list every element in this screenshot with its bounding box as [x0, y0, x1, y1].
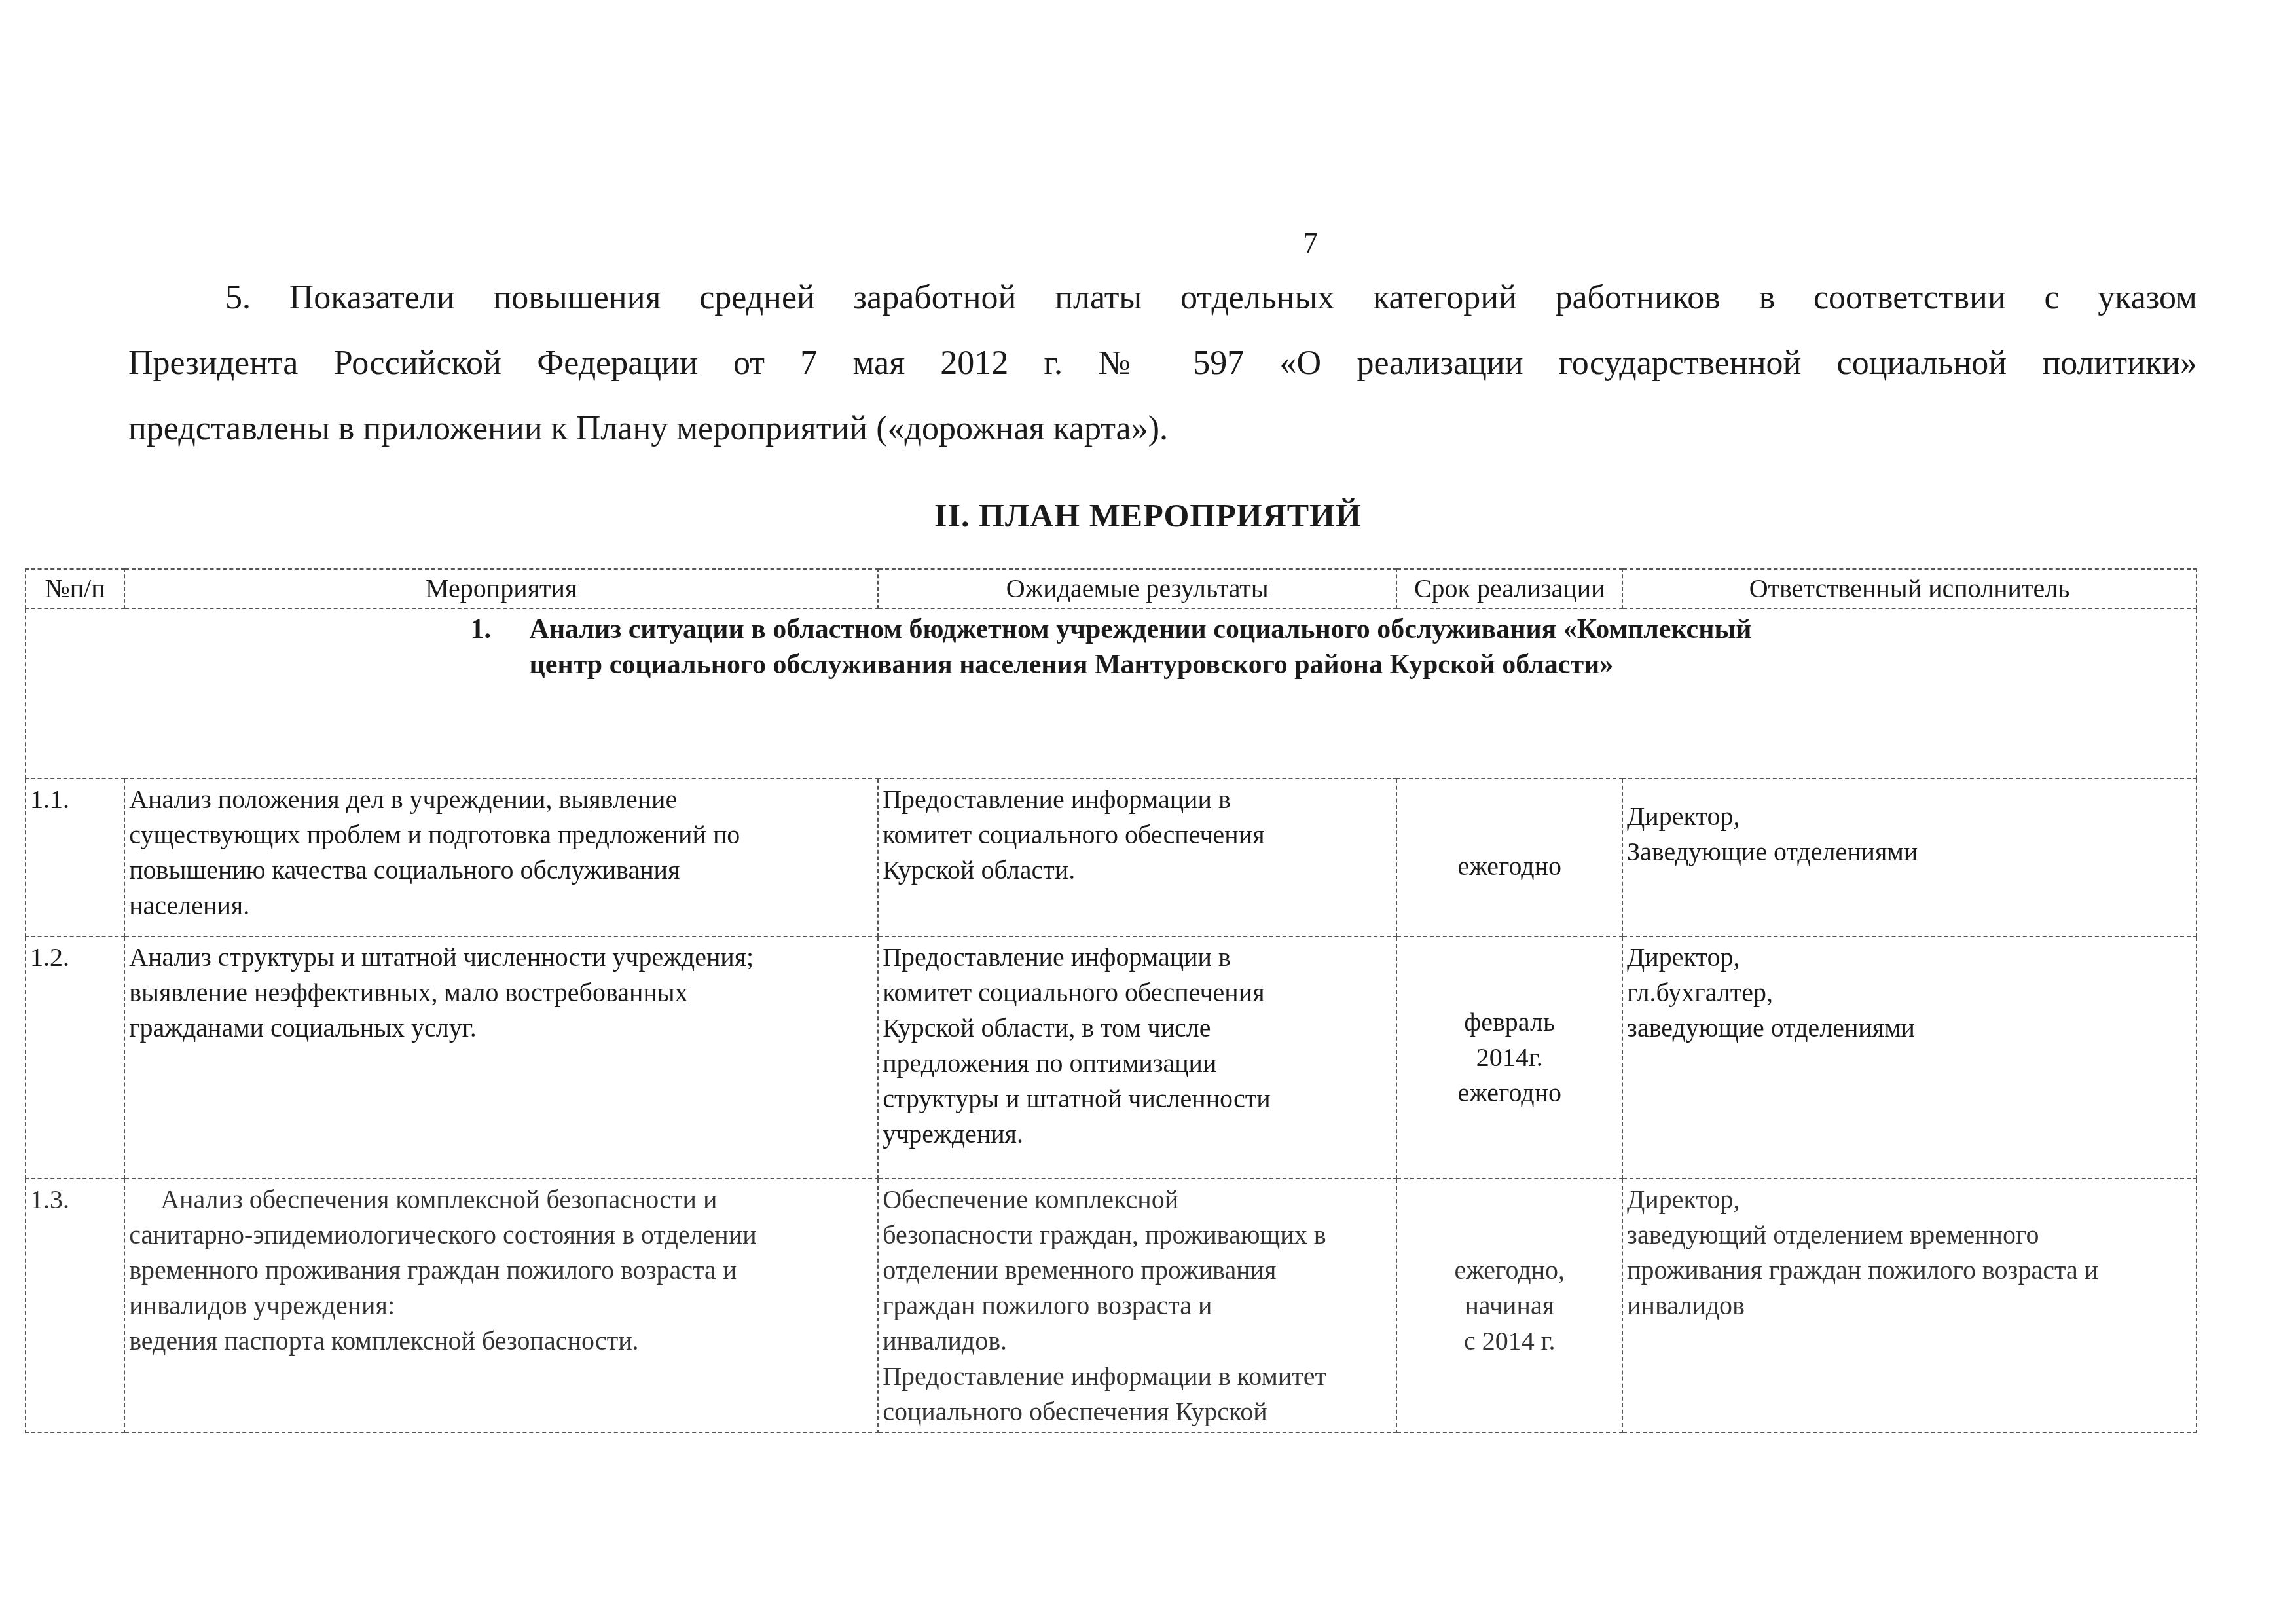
- result-cell: Предоставление информации вкомитет социа…: [878, 779, 1396, 936]
- result-cell-line: Курской области, в том числе: [883, 1010, 1392, 1046]
- responsible-cell-line: заведующие отделениями: [1627, 1010, 2192, 1046]
- term-cell: февраль2014г.ежегодно: [1396, 936, 1622, 1179]
- term-cell-line: ежегодно: [1401, 1075, 1618, 1111]
- activity-cell-line: Анализ положения дел в учреждении, выявл…: [129, 782, 873, 817]
- responsible-cell-line: заведующий отделением временного: [1627, 1217, 2192, 1253]
- intro-line-2: Президента Российской Федерации от 7 мая…: [128, 331, 2197, 396]
- activity-cell-line: повышению качества социального обслужива…: [129, 853, 873, 888]
- activity-cell: Анализ структуры и штатной численности у…: [124, 936, 878, 1179]
- result-cell-line: инвалидов.: [883, 1323, 1392, 1359]
- header-responsible: Ответственный исполнитель: [1622, 569, 2196, 608]
- result-cell-line: отделении временного проживания: [883, 1253, 1392, 1288]
- intro-paragraph: 5. Показатели повышения средней заработн…: [128, 265, 2197, 462]
- term-cell: ежегодно: [1396, 779, 1622, 936]
- activity-cell-line: гражданами социальных услуг.: [129, 1010, 873, 1046]
- intro-line-1: 5. Показатели повышения средней заработн…: [128, 265, 2197, 331]
- activity-cell-line: Анализ обеспечения комплексной безопасно…: [129, 1182, 873, 1217]
- section-number: 1.: [471, 612, 530, 647]
- result-cell-line: безопасности граждан, проживающих в: [883, 1217, 1392, 1253]
- responsible-cell-line: гл.бухгалтер,: [1627, 975, 2192, 1010]
- responsible-cell-line: Директор,: [1627, 1182, 2192, 1217]
- result-cell: Обеспечение комплекснойбезопасности граж…: [878, 1179, 1396, 1433]
- result-cell-line: структуры и штатной численности: [883, 1081, 1392, 1116]
- section-title-line-2: центр социального обслуживания населения…: [471, 647, 1752, 682]
- activity-cell-line: выявление неэффективных, мало востребова…: [129, 975, 873, 1010]
- responsible-cell: Директор,гл.бухгалтер,заведующие отделен…: [1622, 936, 2196, 1179]
- result-cell-line: Курской области.: [883, 853, 1392, 888]
- activity-cell-line: ведения паспорта комплексной безопасност…: [129, 1323, 873, 1359]
- responsible-cell: Директор,Заведующие отделениями: [1622, 779, 2196, 936]
- result-cell-line: комитет социального обеспечения: [883, 817, 1392, 853]
- row-number: 1.2.: [26, 936, 124, 1179]
- header-term: Срок реализации: [1396, 569, 1622, 608]
- term-cell-line: 2014г.: [1401, 1040, 1618, 1075]
- activity-cell-line: временного проживания граждан пожилого в…: [129, 1253, 873, 1288]
- header-activity: Мероприятия: [124, 569, 878, 608]
- table-row: 1.2.Анализ структуры и штатной численнос…: [26, 936, 2196, 1179]
- result-cell-line: Предоставление информации в: [883, 940, 1392, 975]
- responsible-cell: Директор,заведующий отделением временног…: [1622, 1179, 2196, 1433]
- result-cell-line: Предоставление информации в: [883, 782, 1392, 817]
- row-number: 1.1.: [26, 779, 124, 936]
- result-cell-line: социального обеспечения Курской: [883, 1394, 1392, 1430]
- page-number: 7: [1303, 226, 1318, 261]
- activity-cell-line: населения.: [129, 888, 873, 923]
- table-header-row: №п/п Мероприятия Ожидаемые результаты Ср…: [26, 569, 2196, 608]
- result-cell-line: комитет социального обеспечения: [883, 975, 1392, 1010]
- section-heading-cell: 1.Анализ ситуации в областном бюджетном …: [26, 608, 2196, 779]
- header-result: Ожидаемые результаты: [878, 569, 1396, 608]
- responsible-cell-line: Директор,: [1627, 799, 2192, 834]
- term-cell-line: февраль: [1401, 1005, 1618, 1040]
- term-cell-line: начиная: [1401, 1288, 1618, 1323]
- table-row: 1.1.Анализ положения дел в учреждении, в…: [26, 779, 2196, 936]
- section-row: 1.Анализ ситуации в областном бюджетном …: [26, 608, 2196, 779]
- responsible-cell-line: проживания граждан пожилого возраста и: [1627, 1253, 2192, 1288]
- activity-cell: Анализ положения дел в учреждении, выявл…: [124, 779, 878, 936]
- plan-table: №п/п Мероприятия Ожидаемые результаты Ср…: [25, 568, 2197, 1433]
- activity-cell-line: Анализ структуры и штатной численности у…: [129, 940, 873, 975]
- intro-line-3: представлены в приложении к Плану меропр…: [128, 396, 2197, 462]
- row-number: 1.3.: [26, 1179, 124, 1433]
- activity-cell: Анализ обеспечения комплексной безопасно…: [124, 1179, 878, 1433]
- result-cell-line: учреждения.: [883, 1116, 1392, 1152]
- term-cell-line: с 2014 г.: [1401, 1323, 1618, 1359]
- section-title-line-1: Анализ ситуации в областном бюджетном уч…: [530, 614, 1752, 644]
- term-cell-line: ежегодно,: [1401, 1253, 1618, 1288]
- activity-cell-line: инвалидов учреждения:: [129, 1288, 873, 1323]
- term-cell: ежегодно,начинаяс 2014 г.: [1396, 1179, 1622, 1433]
- result-cell-line: предложения по оптимизации: [883, 1046, 1392, 1081]
- table-row: 1.3.Анализ обеспечения комплексной безоп…: [26, 1179, 2196, 1433]
- responsible-cell-line: Заведующие отделениями: [1627, 834, 2192, 870]
- header-num: №п/п: [26, 569, 124, 608]
- responsible-cell-line: Директор,: [1627, 940, 2192, 975]
- result-cell-line: Предоставление информации в комитет: [883, 1359, 1392, 1394]
- result-cell: Предоставление информации вкомитет социа…: [878, 936, 1396, 1179]
- result-cell-line: Обеспечение комплексной: [883, 1182, 1392, 1217]
- section-title: II. ПЛАН МЕРОПРИЯТИЙ: [0, 496, 2296, 534]
- result-cell-line: граждан пожилого возраста и: [883, 1288, 1392, 1323]
- term-cell-line: ежегодно: [1401, 849, 1618, 884]
- responsible-cell-line: инвалидов: [1627, 1288, 2192, 1323]
- activity-cell-line: существующих проблем и подготовка предло…: [129, 817, 873, 853]
- activity-cell-line: санитарно-эпидемиологического состояния …: [129, 1217, 873, 1253]
